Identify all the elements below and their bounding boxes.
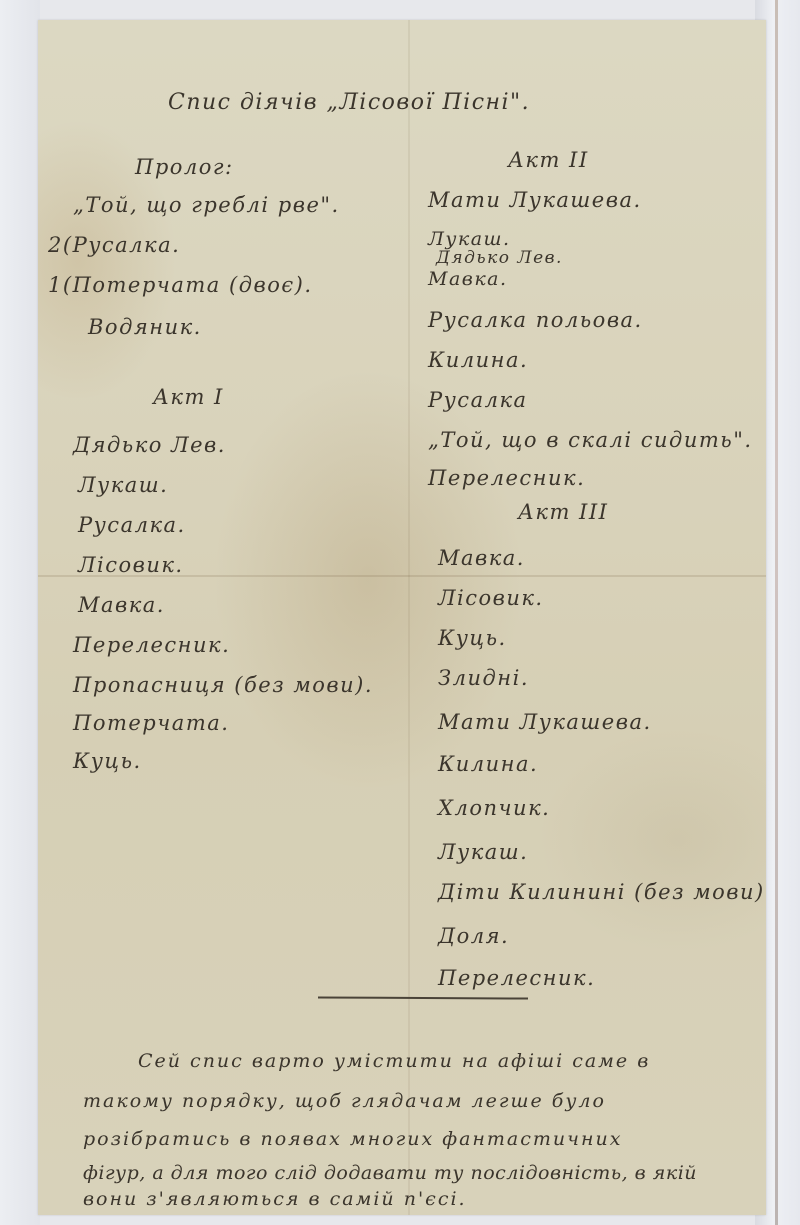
prologue-item: 1(Потерчата (двоє). — [48, 273, 313, 297]
item-text: Водяник. — [88, 315, 202, 339]
act3-item: Злидні. — [438, 666, 529, 690]
act2-item: Лукаш. — [428, 228, 511, 250]
act3-item: Лісовик. — [438, 586, 544, 610]
binder-edge — [775, 0, 778, 1225]
note-line: такому порядку, щоб глядачам легше було — [83, 1090, 606, 1112]
act2-item: Мавка. — [428, 268, 508, 290]
act1-item: Куць. — [73, 749, 142, 773]
act1-item: Мавка. — [78, 593, 165, 617]
act3-item: Лукаш. — [438, 840, 528, 864]
act2-item: Мати Лукашева. — [428, 188, 642, 212]
note-line: вони з'являються в самій п'єсі. — [83, 1188, 467, 1210]
act1-heading: Акт I — [153, 385, 224, 409]
act2-item: „Той, що в скалі сидить". — [428, 428, 753, 452]
act1-item: Потерчата. — [73, 711, 229, 735]
act3-item: Килина. — [438, 752, 538, 776]
manuscript-page: Спис діячів „Лісової Пісні". Пролог: „То… — [38, 20, 766, 1215]
note-line: Сей спис варто умістити на афіші саме в — [138, 1050, 650, 1072]
item-prefix: 2( — [48, 233, 73, 257]
act3-item: Перелесник. — [438, 966, 595, 990]
act2-item: Килина. — [428, 348, 528, 372]
paper-fold-vertical — [408, 20, 410, 1215]
act1-item: Лісовик. — [78, 553, 184, 577]
act3-heading: Акт III — [518, 500, 608, 524]
act3-item: Мати Лукашева. — [438, 710, 652, 734]
act3-item: Мавка. — [438, 546, 525, 570]
item-text: Потерчата (двоє). — [73, 273, 313, 297]
scanner-backdrop-left — [0, 0, 40, 1225]
item-text: „Той, що греблі рве". — [73, 193, 340, 217]
section-divider-line — [318, 996, 528, 999]
act3-item: Доля. — [438, 924, 509, 948]
prologue-item: Водяник. — [88, 315, 202, 339]
act2-heading: Акт II — [508, 148, 589, 172]
act1-item: Дядько Лев. — [73, 433, 226, 457]
prologue-item: „Той, що греблі рве". — [73, 193, 340, 217]
document-title: Спис діячів „Лісової Пісні". — [168, 90, 530, 115]
act1-item: Русалка. — [78, 513, 186, 537]
act1-item: Пропасниця (без мови). — [73, 673, 373, 697]
act2-item: Русалка — [428, 388, 528, 412]
item-text: Русалка. — [73, 233, 181, 257]
act3-item: Діти Килинині (без мови) — [438, 880, 765, 904]
act2-item: Перелесник. — [428, 466, 585, 490]
act1-item: Лукаш. — [78, 473, 168, 497]
act3-item: Хлопчик. — [438, 796, 550, 820]
act2-item-inserted: Дядько Лев. — [436, 248, 563, 268]
note-line: розібратись в появах многих фантастичних — [83, 1128, 622, 1150]
note-line: фігур, а для того слід додавати ту послі… — [83, 1162, 697, 1184]
prologue-heading: Пролог: — [135, 155, 234, 179]
act1-item: Перелесник. — [73, 633, 230, 657]
item-prefix: 1( — [48, 273, 73, 297]
act3-item: Куць. — [438, 626, 507, 650]
prologue-item: 2(Русалка. — [48, 233, 180, 257]
act2-item: Русалка польова. — [428, 308, 643, 332]
